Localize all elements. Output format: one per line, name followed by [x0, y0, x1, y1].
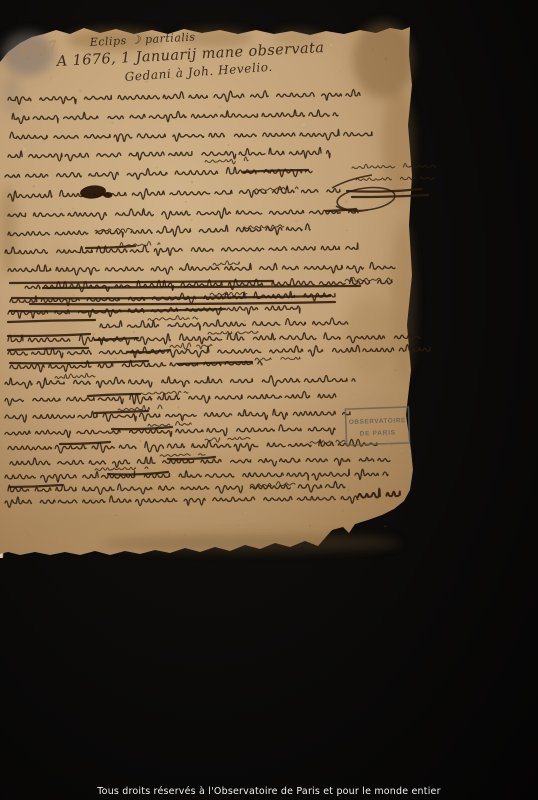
paper-speckle — [345, 200, 348, 203]
paper-speckle — [350, 477, 352, 479]
paper-speckle — [201, 456, 203, 458]
paper-speckle — [349, 57, 350, 58]
paper-speckle — [384, 525, 386, 527]
paper-speckle — [391, 444, 393, 446]
paper-speckle — [243, 320, 245, 322]
paper-speckle — [185, 201, 187, 203]
stamp-line-2: DE PARIS — [360, 429, 396, 437]
paper-speckle — [122, 357, 123, 358]
paper-speckle — [253, 448, 255, 450]
paper-speckle — [51, 236, 54, 239]
paper-speckle — [32, 185, 35, 188]
paper-speckle — [158, 146, 159, 147]
paper-speckle — [374, 264, 375, 265]
paper-speckle — [320, 80, 321, 81]
paper-speckle — [99, 290, 100, 291]
paper-speckle — [376, 198, 377, 199]
paper-speckle — [311, 243, 312, 244]
paper-speckle — [114, 357, 116, 359]
paper-speckle — [204, 424, 205, 425]
paper-speckle — [309, 71, 311, 73]
paper-speckle — [267, 326, 268, 327]
paper-speckle — [191, 219, 193, 221]
paper-speckle — [317, 177, 318, 178]
paper-speckle — [9, 134, 10, 135]
paper-speckle — [245, 512, 246, 513]
paper-speckle — [73, 294, 75, 296]
paper-speckle — [355, 54, 356, 55]
paper-speckle — [397, 367, 398, 368]
paper-speckle — [257, 138, 258, 139]
paper-speckle — [344, 438, 346, 440]
paper-speckle — [184, 533, 186, 535]
paper-speckle — [95, 209, 97, 211]
paper-speckle — [28, 535, 30, 537]
paper-speckle — [279, 209, 280, 210]
paper-speckle — [173, 474, 175, 476]
paper-speckle — [92, 498, 94, 500]
paper-speckle — [79, 90, 81, 92]
paper-speckle — [139, 440, 141, 442]
manuscript-page: 1727 Eclips ☽ partialis A 1676, 1 Januar… — [0, 0, 538, 800]
paper-speckle — [307, 138, 308, 139]
paper-speckle — [119, 183, 120, 184]
paper-speckle — [193, 372, 195, 374]
paper-speckle — [37, 331, 38, 332]
paper-speckle — [339, 71, 340, 72]
paper-speckle — [44, 315, 45, 316]
paper-speckle — [346, 230, 348, 232]
paper-speckle — [10, 128, 11, 129]
paper-speckle — [374, 270, 376, 272]
paper-speckle — [330, 44, 332, 46]
paper-speckle — [127, 307, 128, 308]
paper-speckle — [271, 256, 272, 257]
paper-speckle — [286, 292, 287, 293]
paper-speckle — [295, 220, 297, 222]
paper-speckle — [56, 495, 58, 497]
paper-speckle — [191, 181, 193, 183]
paper-speckle — [194, 216, 195, 217]
paper-speckle — [388, 456, 390, 458]
paper-speckle — [353, 394, 354, 395]
paper-speckle — [154, 485, 155, 486]
paper-speckle — [224, 526, 225, 527]
paper-speckle — [372, 48, 374, 50]
paper-speckle — [395, 369, 397, 371]
paper-speckle — [50, 77, 51, 78]
paper-speckle — [5, 54, 7, 56]
paper-speckle — [177, 406, 179, 408]
paper-speckle — [290, 339, 291, 340]
paper-speckle — [191, 516, 192, 517]
paper-speckle — [23, 148, 25, 150]
paper-speckle — [163, 289, 165, 291]
paper-speckle — [127, 242, 128, 243]
paper-speckle — [257, 100, 258, 101]
paper-speckle — [327, 530, 329, 532]
paper-speckle — [295, 432, 297, 434]
paper-speckle — [14, 495, 16, 497]
paper-speckle — [219, 106, 220, 107]
paper-speckle — [71, 204, 72, 205]
paper-speckle — [385, 57, 387, 59]
paper-speckle — [124, 453, 125, 454]
paper-speckle — [360, 367, 361, 368]
paper-speckle — [309, 525, 311, 527]
paper-speckle — [351, 332, 352, 333]
paper-speckle — [72, 386, 74, 388]
paper-speckle — [401, 450, 403, 452]
paper-speckle — [197, 145, 199, 147]
paper-speckle — [305, 326, 307, 328]
paper-speckle — [238, 525, 239, 526]
paper-speckle — [303, 124, 305, 126]
paper-speckle — [369, 398, 370, 399]
paper-speckle — [167, 533, 169, 535]
paper-speckle — [342, 510, 344, 512]
paper-speckle — [216, 388, 217, 389]
paper-speckle — [72, 208, 74, 210]
photo-backdrop: 1727 Eclips ☽ partialis A 1676, 1 Januar… — [0, 0, 538, 800]
paper-speckle — [115, 514, 117, 516]
paper-speckle — [93, 333, 95, 335]
paper-speckle — [227, 144, 229, 146]
paper-speckle — [210, 479, 211, 480]
paper-speckle — [252, 150, 253, 151]
paper-speckle — [356, 66, 357, 67]
paper-speckle — [16, 449, 17, 450]
paper-speckle — [60, 208, 62, 210]
paper-speckle — [355, 136, 356, 137]
paper-speckle — [80, 438, 82, 440]
paper-speckle — [348, 489, 351, 492]
paper-speckle — [111, 122, 113, 124]
paper-speckle — [63, 264, 64, 265]
paper-speckle — [273, 437, 275, 439]
paper-speckle — [33, 106, 34, 107]
footer-caption: Tous droits réservés à l'Observatoire de… — [0, 786, 538, 797]
paper-speckle — [49, 158, 51, 160]
paper-speckle — [190, 226, 191, 227]
paper-speckle — [402, 193, 403, 194]
paper-speckle — [101, 154, 102, 155]
paper-speckle — [156, 167, 157, 168]
paper-speckle — [133, 331, 135, 333]
paper-speckle — [376, 93, 377, 94]
paper-speckle — [254, 342, 255, 343]
